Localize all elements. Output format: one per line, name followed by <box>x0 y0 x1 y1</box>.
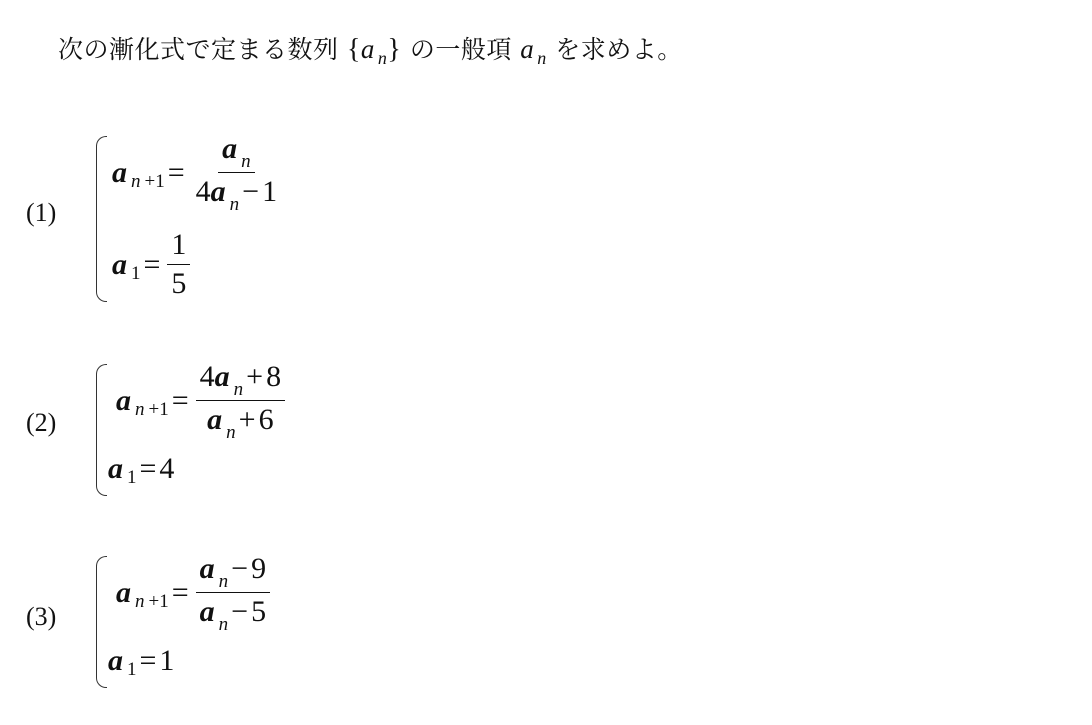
initial-condition: a1 = 1 <box>108 644 174 678</box>
problem-label: (2) <box>26 408 56 438</box>
instruction-suffix: を求めよ。 <box>555 35 683 64</box>
sequence-notation: {an} <box>347 34 401 64</box>
initial-condition: a1 = 4 <box>108 452 174 486</box>
left-brace <box>96 136 107 302</box>
general-term: an <box>520 34 547 64</box>
problem-label: (3) <box>26 602 56 632</box>
fraction: 4an+8 an+6 <box>196 360 285 441</box>
instruction-text: 次の漸化式で定まる数列 {an} の一般項 an を求めよ。 <box>58 30 683 66</box>
left-brace <box>96 556 107 688</box>
recurrence-equation: an+1 = 4an+8 an+6 <box>116 360 285 441</box>
problem-label: (1) <box>26 198 56 228</box>
left-brace <box>96 364 107 496</box>
fraction: an−9 an−5 <box>196 552 270 633</box>
fraction: an 4an−1 <box>192 132 281 213</box>
instruction-middle: の一般項 <box>410 35 512 64</box>
recurrence-equation: an+1 = an 4an−1 <box>112 132 281 213</box>
recurrence-equation: an+1 = an−9 an−5 <box>116 552 270 633</box>
initial-condition: a1 = 15 <box>112 228 190 301</box>
instruction-prefix: 次の漸化式で定まる数列 <box>58 35 339 64</box>
